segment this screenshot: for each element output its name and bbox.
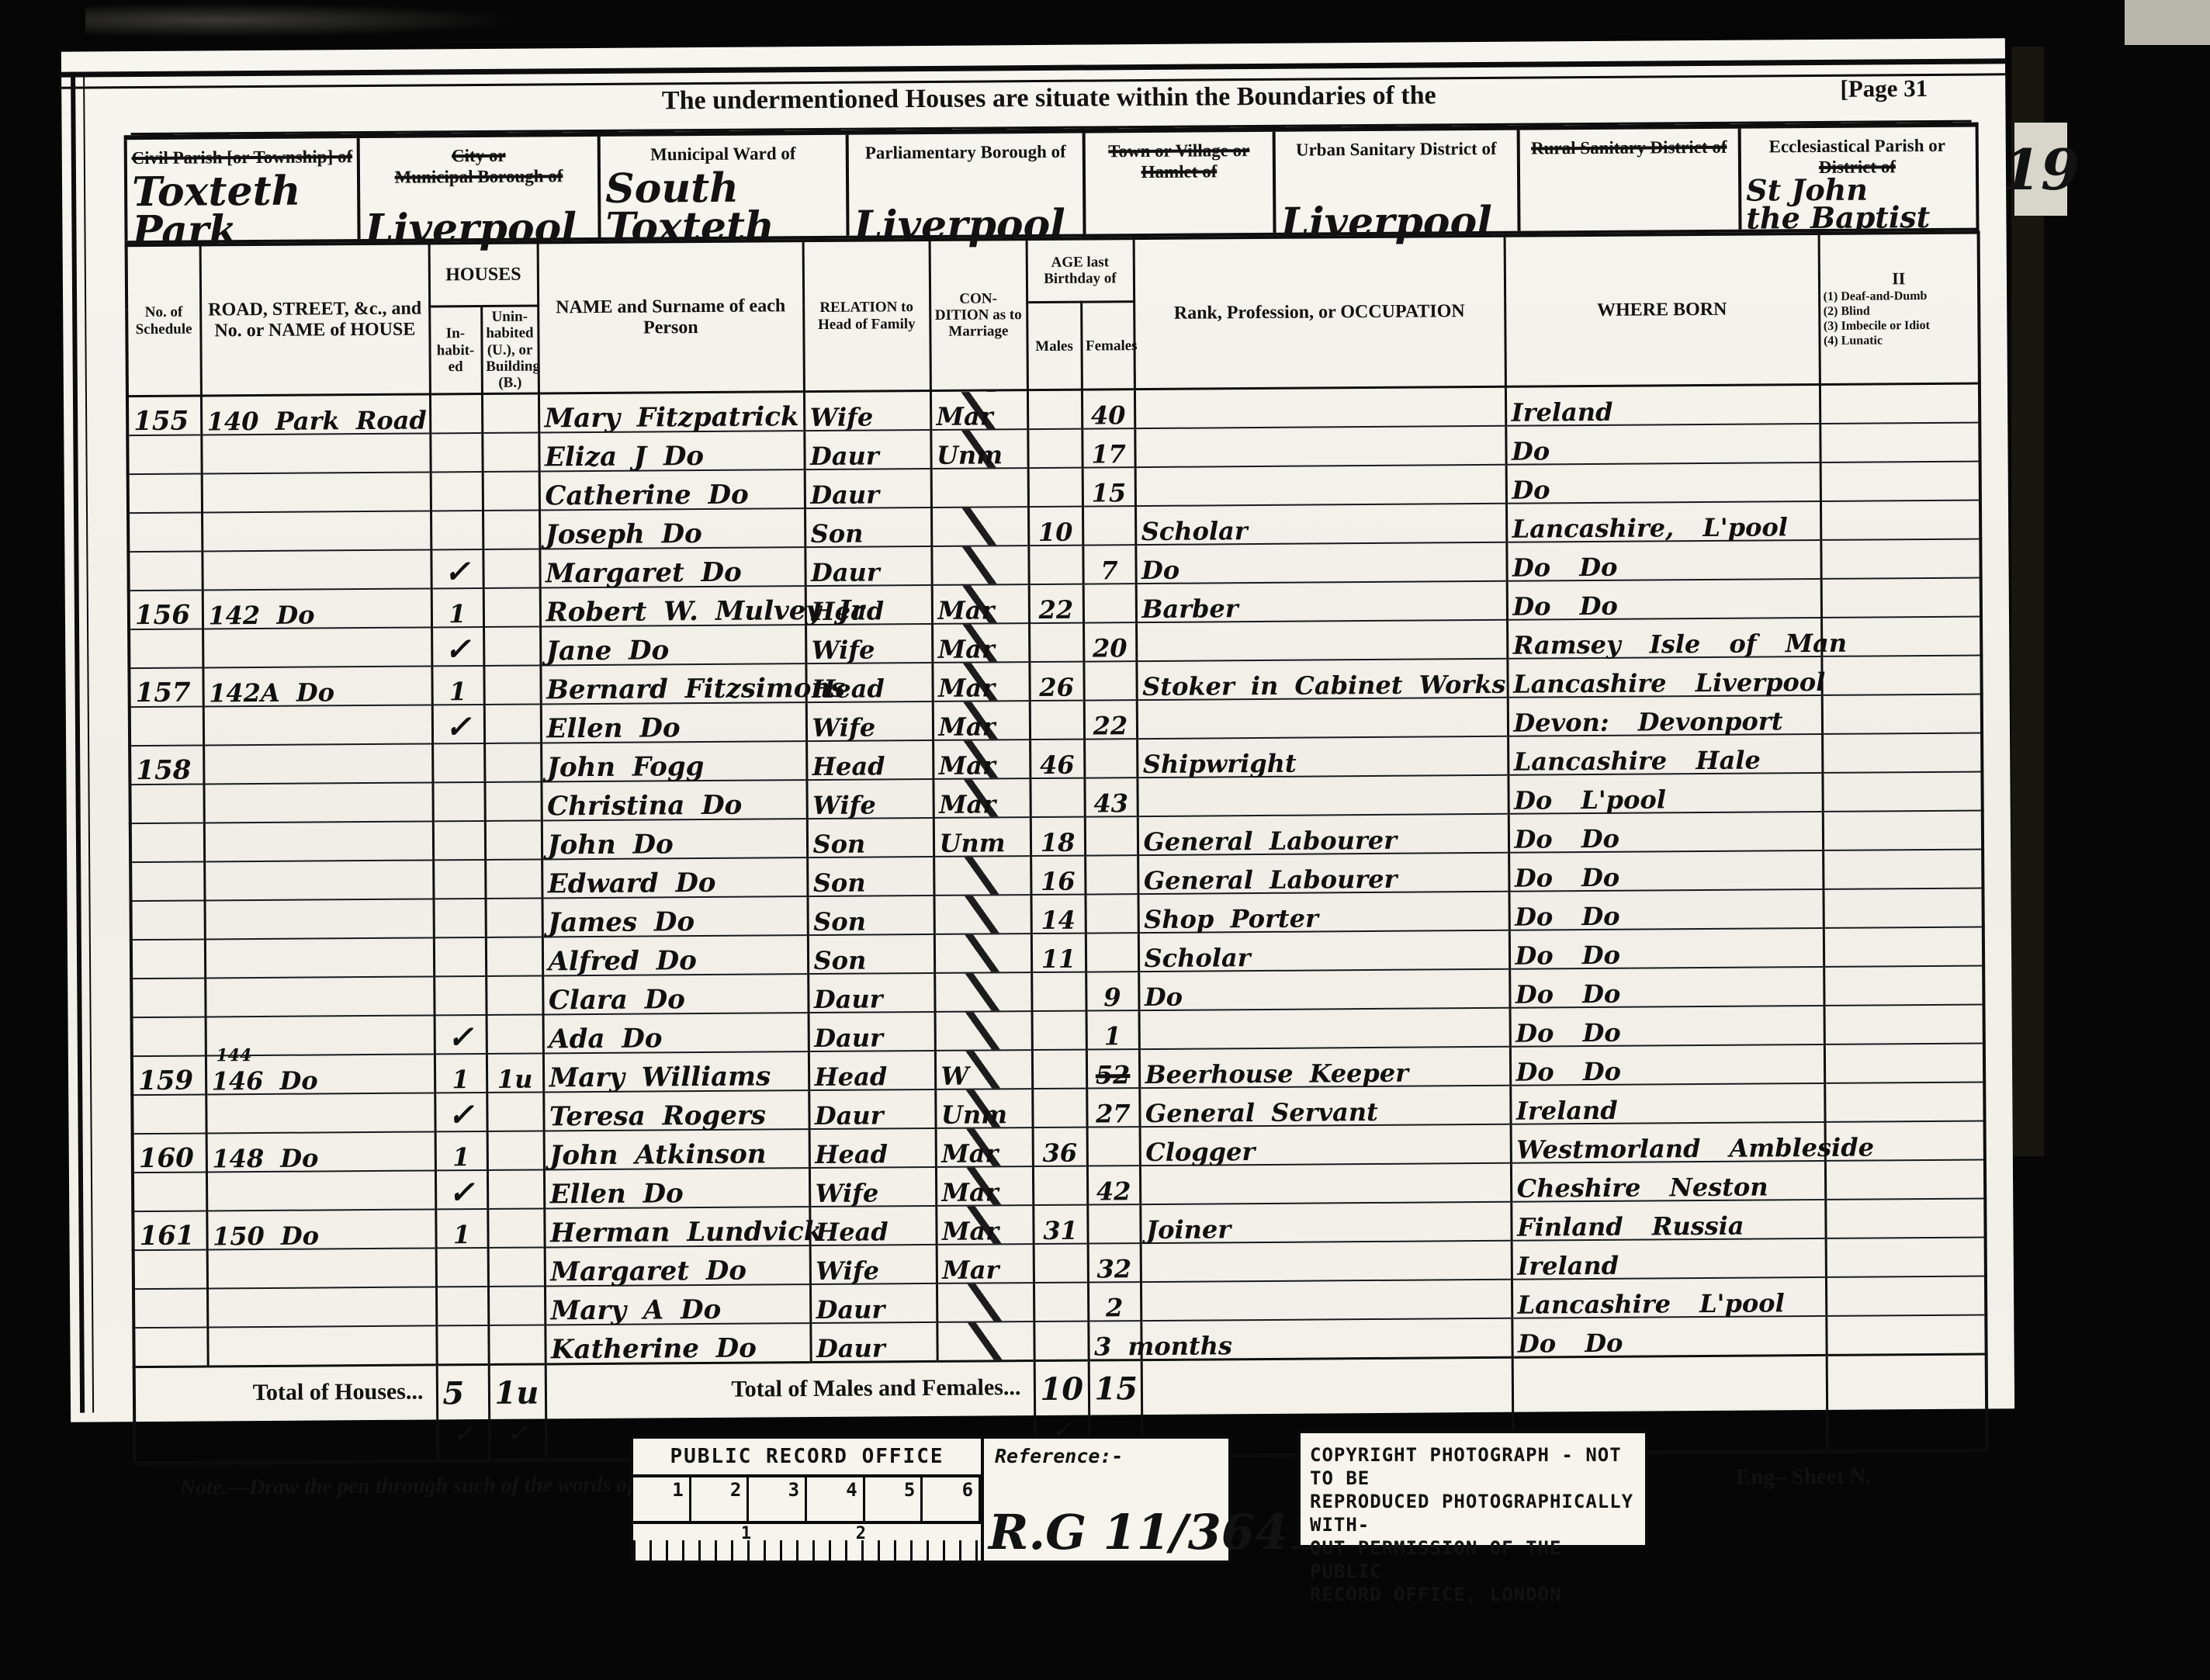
handwritten-entry: Cheshire Neston — [1517, 1173, 1768, 1204]
handwritten-entry: Mar — [942, 1256, 999, 1286]
cell-name: Edward Do — [542, 857, 807, 898]
handwritten-entry: Wife — [812, 713, 875, 743]
cell-house — [201, 434, 430, 474]
cell-name: Alfred Do — [542, 935, 808, 975]
handwritten-entry: 18 — [1041, 828, 1076, 857]
cell-name: Ellen Do — [544, 1168, 809, 1208]
handwritten-entry: Lancashire Liverpool — [1513, 667, 1825, 699]
cell-occupation — [1137, 698, 1508, 739]
cell-relation: Wife — [805, 624, 932, 663]
cell-born: Do Do — [1510, 1044, 1824, 1086]
handwritten-entry: John Fogg — [547, 751, 705, 783]
copyright-line: COPYRIGHT PHOTOGRAPH - NOT TO BE — [1310, 1443, 1636, 1490]
handwritten-entry: Mary Fitzpatrick — [545, 401, 799, 434]
cell-born: Do Do — [1510, 1006, 1824, 1047]
cell-occupation: Joiner — [1140, 1202, 1511, 1243]
cell-condition: Mar — [936, 1166, 1033, 1206]
cell-name: Katherine Do — [545, 1323, 810, 1364]
cell-age_m: 36 — [1033, 1128, 1087, 1166]
cell-born: Ireland — [1510, 1083, 1824, 1124]
cell-uninhabited — [484, 743, 541, 783]
infirmity-line: (3) Imbecile or Idiot — [1824, 318, 1975, 334]
cell-name: John Do — [542, 819, 807, 859]
copyright-line: REPRODUCED PHOTOGRAPHICALLY WITH- — [1310, 1490, 1636, 1536]
cell-age_m: 10 — [1028, 507, 1082, 546]
cell-infirmity — [1821, 617, 1981, 656]
check-mark-icon: ✓ — [448, 1096, 474, 1133]
handwritten-entry: Daur — [814, 985, 883, 1015]
handwritten-entry: 42 — [1096, 1177, 1131, 1207]
handwritten-entry: 17 — [1091, 440, 1126, 469]
cell-age_m — [1034, 1244, 1088, 1283]
cell-inhabited: ✓ — [431, 549, 483, 588]
handwritten-entry: Daur — [815, 1101, 884, 1131]
cell-age_f — [1087, 1204, 1140, 1243]
reference-label: Reference:- — [995, 1445, 1124, 1467]
cell-occupation — [1141, 1241, 1512, 1282]
cell-age_f — [1087, 1127, 1140, 1166]
handwritten-entry: 32 — [1096, 1255, 1131, 1284]
cell-condition — [934, 934, 1031, 973]
handwritten-entry: 9 — [1103, 983, 1121, 1013]
cell-age_f — [1085, 855, 1138, 894]
cell-condition — [937, 1283, 1034, 1322]
district-value-handwritten: Toxteth Park — [132, 171, 358, 250]
cell-age_m: 14 — [1031, 895, 1085, 934]
cell-age_f: 40 — [1082, 390, 1134, 429]
cell-age_f: 32 — [1088, 1243, 1141, 1282]
cell-schedule: 155 — [127, 396, 201, 435]
cell-age_m — [1028, 546, 1082, 584]
cell-inhabited: ✓ — [435, 1093, 487, 1131]
handwritten-entry: Daur — [810, 442, 879, 472]
cell-occupation: Shop Porter — [1138, 892, 1509, 933]
cell-infirmity — [1824, 1082, 1984, 1122]
handwritten-entry: Daur — [814, 1024, 883, 1054]
handwritten-entry: 148 Do — [212, 1144, 318, 1174]
cell-inhabited — [431, 511, 483, 549]
cell-age_m: 16 — [1031, 856, 1085, 895]
handwritten-entry: Catherine Do — [545, 480, 749, 512]
cell-condition — [934, 972, 1031, 1012]
cell-schedule — [129, 629, 203, 669]
cell-age_m: 22 — [1029, 584, 1083, 623]
cell-age_m: 46 — [1030, 740, 1084, 778]
cell-schedule: 156 — [129, 591, 203, 630]
district-band: Civil Parish [or Township] of Toxteth Pa… — [124, 123, 1980, 244]
handwritten-entry: Bernard Fitzsimons — [546, 673, 845, 706]
cell-relation: Head — [809, 1206, 936, 1245]
cell-condition: Mar — [937, 1244, 1034, 1283]
cell-infirmity — [1823, 811, 1983, 850]
cell-condition: Unm — [935, 1089, 1032, 1128]
enumeration-table: No. of Schedule ROAD, STREET, &c., and N… — [125, 231, 1989, 1466]
cell-relation: Head — [809, 1128, 936, 1168]
cell-name: Joseph Do — [539, 508, 805, 549]
cell-relation: Son — [805, 507, 931, 547]
cell-name: Jane Do — [540, 625, 805, 665]
handwritten-entry: Head — [815, 1140, 888, 1170]
handwritten-entry: 1 — [449, 599, 466, 629]
cell-occupation: Scholar — [1135, 504, 1506, 545]
cell-uninhabited: 1u — [487, 1054, 543, 1093]
cell-house: 144146 Do — [206, 1055, 435, 1095]
cell-relation: Wife — [804, 391, 930, 431]
cell-house: 150 Do — [206, 1210, 435, 1250]
cell-born: Finland Russia — [1511, 1200, 1825, 1241]
handwritten-entry: Do — [1512, 437, 1550, 466]
col-header-infirmity: II (1) Deaf-and-Dumb (2) Blind (3) Imbec… — [1819, 233, 1980, 385]
cell-age_m — [1032, 1089, 1086, 1128]
district-value-handwritten: South Toxteth — [605, 168, 847, 247]
handwritten-entry: Mar — [942, 1217, 999, 1247]
cell-age_f: 7 — [1082, 545, 1135, 584]
cell-infirmity — [1820, 462, 1980, 501]
handwritten-entry: 26 — [1039, 673, 1074, 702]
cell-occupation: Shipwright — [1137, 736, 1508, 778]
cell-condition: Mar — [933, 701, 1030, 740]
cell-age_m: 26 — [1029, 662, 1083, 701]
cell-schedule — [130, 785, 203, 824]
cell-uninhabited — [487, 1093, 543, 1132]
handwritten-entry: Do Do — [1518, 1328, 1623, 1359]
check-mark-icon: ✓ — [495, 1418, 540, 1448]
district-municipal-ward: Municipal Ward of South Toxteth — [598, 135, 847, 237]
handwritten-entry: Mar — [938, 635, 995, 665]
pro-reference-area: Reference:- R.G 11/3641 — [984, 1439, 1228, 1560]
handwritten-entry: Finland Russia — [1517, 1211, 1744, 1242]
cell-uninhabited — [483, 627, 540, 667]
cell-inhabited: ✓ — [431, 627, 483, 666]
cell-age_f: 27 — [1086, 1088, 1139, 1127]
cell-condition: Mar — [933, 778, 1030, 818]
ruler-inches: 1 2 3 4 5 6 — [633, 1477, 981, 1524]
table-header: No. of Schedule ROAD, STREET, &c., and N… — [126, 233, 1980, 397]
cell-relation: Daur — [805, 469, 931, 508]
cell-relation: Head — [806, 740, 933, 780]
handwritten-entry: Lancashire, L'pool — [1512, 513, 1788, 544]
pro-office-title: PUBLIC RECORD OFFICE — [633, 1439, 981, 1477]
cell-uninhabited — [483, 588, 540, 628]
census-form: Civil Parish [or Township] of Toxteth Pa… — [124, 123, 1988, 1502]
cell-house — [205, 977, 434, 1017]
district-urban-sanitary: Urban Sanitary District of Liverpool — [1273, 130, 1518, 233]
cell-name: James Do — [542, 896, 807, 937]
ruler-tick-marks — [633, 1540, 981, 1560]
cell-occupation — [1139, 1008, 1510, 1049]
pro-stamp: PUBLIC RECORD OFFICE 1 2 3 4 5 6 1 2 Ref… — [630, 1436, 1231, 1564]
cell-house: 142A Do — [203, 667, 431, 707]
handwritten-entry: 20 — [1093, 634, 1128, 663]
cell-occupation: Do — [1135, 542, 1506, 584]
cell-schedule — [130, 862, 204, 902]
cell-inhabited — [434, 899, 486, 937]
handwritten-entry: General Labourer — [1143, 826, 1397, 857]
cell-age_m — [1030, 701, 1084, 740]
page-number: [Page 31 — [1840, 74, 1928, 103]
cell-occupation — [1141, 1280, 1512, 1321]
table-body: 155140 Park RoadMary FitzpatrickWifeMar4… — [127, 383, 1987, 1367]
cell-infirmity — [1826, 1276, 1986, 1316]
handwritten-entry: Ellen Do — [546, 713, 680, 745]
cell-schedule: 159 — [132, 1056, 206, 1096]
handwritten-entry: Do Do — [1515, 1057, 1621, 1087]
ruler-inch-label: 5 — [865, 1477, 923, 1521]
cell-occupation: General Labourer — [1138, 853, 1509, 894]
cell-infirmity — [1823, 888, 1983, 928]
district-value-handwritten: Liverpool — [854, 205, 1065, 244]
cell-age_m — [1027, 390, 1082, 429]
cell-infirmity — [1821, 578, 1981, 618]
handwritten-entry: John Do — [547, 830, 673, 861]
handwritten-entry: Head — [812, 674, 885, 705]
handwritten-entry: Do Do — [1515, 940, 1620, 971]
cell-condition: Unm — [934, 817, 1031, 857]
total-houses-uninhabited: 1u ✓ — [489, 1364, 546, 1461]
cell-relation: Wife — [806, 701, 933, 741]
cell-name: Ada Do — [543, 1013, 809, 1053]
cell-uninhabited — [482, 433, 539, 473]
handwritten-entry: Ireland — [1512, 397, 1613, 428]
cell-relation: Son — [807, 857, 934, 896]
cell-occupation: Do — [1138, 969, 1509, 1010]
handwritten-entry: Mar — [938, 674, 995, 704]
handwritten-entry: 7 — [1100, 556, 1118, 586]
cell-name: Mary Williams — [543, 1051, 809, 1092]
cell-age_f: 9 — [1086, 972, 1138, 1010]
cell-schedule — [131, 940, 205, 979]
handwritten-entry: Unm — [941, 1100, 1007, 1131]
handwritten-entry: Lancashire L'pool — [1518, 1289, 1785, 1320]
handwritten-entry: 1 — [1104, 1022, 1122, 1051]
handwritten-entry: Scholar — [1141, 516, 1248, 546]
handwritten-entry: 142 Do — [208, 601, 314, 631]
handwritten-entry: 40 — [1091, 401, 1126, 431]
cell-condition — [935, 1011, 1032, 1051]
handwritten-entry: 43 — [1093, 789, 1128, 819]
cell-age_f: 3 months — [1088, 1321, 1141, 1360]
cell-infirmity — [1826, 1238, 1986, 1277]
cell-house — [204, 822, 433, 862]
handwritten-entry: Joiner — [1146, 1215, 1231, 1245]
cell-born: Do Do — [1509, 928, 1824, 969]
cell-house — [203, 628, 431, 668]
cell-schedule — [130, 823, 204, 863]
handwritten-entry: 52 — [1096, 1061, 1131, 1090]
cell-occupation — [1135, 465, 1506, 506]
cell-inhabited: ✓ — [432, 705, 484, 743]
cell-relation: Head — [809, 1051, 935, 1090]
cell-house: 142 Do — [203, 589, 431, 629]
handwritten-entry: Mar — [939, 751, 996, 781]
cell-age_m: 11 — [1031, 934, 1086, 972]
cell-house — [202, 550, 431, 591]
handwritten-entry: Head — [814, 1062, 887, 1093]
handwritten-entry: Joseph Do — [546, 518, 702, 550]
handwritten-entry: 1 — [452, 1142, 470, 1172]
col-header-males: Males — [1027, 302, 1082, 390]
handwritten-entry: Daur — [811, 558, 880, 588]
handwritten-entry: Lancashire Hale — [1514, 746, 1761, 777]
handwritten-entry: Do Do — [1515, 979, 1621, 1010]
cell-condition: Mar — [936, 1205, 1033, 1245]
handwritten-entry: Do — [1512, 476, 1550, 505]
cell-occupation — [1134, 387, 1505, 429]
cell-name: Clara Do — [542, 974, 808, 1014]
handwritten-entry: Daur — [816, 1334, 885, 1364]
cell-infirmity — [1820, 501, 1980, 540]
handwritten-entry: Wife — [816, 1256, 879, 1287]
handwritten-entry: Unm — [937, 441, 1003, 471]
cell-schedule — [133, 1250, 207, 1290]
handwritten-entry: Do Do — [1515, 1018, 1621, 1048]
cell-uninhabited — [485, 821, 542, 861]
cell-born: Do Do — [1509, 850, 1823, 892]
cell-condition: Mar — [932, 584, 1029, 624]
cell-name: Teresa Rogers — [543, 1090, 809, 1131]
handwritten-entry: General Labourer — [1144, 864, 1398, 895]
check-mark-icon: ✓ — [443, 1418, 483, 1448]
handwritten-entry: Wife — [812, 791, 876, 821]
cell-schedule — [133, 1173, 206, 1212]
handwritten-entry: Alfred Do — [548, 945, 697, 977]
handwritten-entry: Do Do — [1515, 902, 1620, 932]
cell-age_f — [1084, 739, 1137, 778]
handwritten-entry: Daur — [816, 1295, 885, 1325]
cell-house — [202, 511, 431, 552]
cell-age_m — [1032, 1011, 1086, 1050]
handwritten-entry: Stoker in Cabinet Works — [1142, 670, 1506, 701]
cell-occupation: Stoker in Cabinet Works — [1136, 659, 1507, 700]
handwritten-entry: Barber — [1141, 594, 1238, 625]
cell-born: Do Do — [1509, 967, 1824, 1008]
cell-inhabited: 1 — [431, 666, 483, 705]
handwritten-entry: Beerhouse Keeper — [1145, 1058, 1408, 1089]
cell-inhabited — [433, 860, 485, 899]
cell-inhabited — [434, 976, 486, 1015]
col-header-relation: RELATION to Head of Family — [803, 240, 930, 392]
cell-uninhabited — [486, 976, 542, 1016]
cell-house — [203, 783, 432, 823]
handwritten-entry: 31 — [1043, 1216, 1078, 1245]
handwritten-entry: Mar — [938, 712, 995, 743]
handwritten-entry: 142A Do — [209, 678, 334, 708]
cell-schedule: 160 — [133, 1134, 206, 1173]
census-sheet: The undermentioned Houses are situate wi… — [61, 38, 2014, 1422]
cell-inhabited — [432, 782, 484, 821]
handwritten-entry: 140 Park Road — [207, 406, 427, 437]
cell-name: Herman Lundvick — [544, 1207, 809, 1247]
cell-inhabited — [436, 1287, 488, 1325]
cell-condition — [931, 546, 1028, 585]
check-mark-icon: ✓ — [445, 631, 471, 667]
handwritten-entry: 150 Do — [213, 1221, 319, 1252]
cell-infirmity — [1822, 695, 1982, 734]
handwritten-entry: Shop Porter — [1144, 904, 1318, 935]
cell-born: Do — [1505, 424, 1820, 465]
cell-house — [204, 861, 433, 901]
ruler-inch-label: 2 — [691, 1477, 750, 1521]
handwritten-entry: Clara Do — [549, 985, 685, 1017]
cell-name: Margaret Do — [539, 547, 805, 587]
cell-age_f: 20 — [1083, 622, 1136, 661]
scan-artifact-smudge — [85, 3, 520, 37]
cell-age_m — [1034, 1321, 1088, 1361]
cell-age_f: 43 — [1084, 778, 1137, 816]
cell-name: Margaret Do — [545, 1245, 810, 1286]
handwritten-entry: Head — [812, 752, 885, 782]
handwritten-entry: Do — [1141, 556, 1179, 585]
check-mark-icon: ✓ — [445, 708, 472, 745]
cell-name: Mary A Do — [545, 1284, 810, 1325]
cell-born: Do L'pool — [1508, 773, 1822, 814]
cell-condition — [934, 895, 1031, 934]
cell-inhabited: 1 — [435, 1054, 487, 1093]
cell-born: Do Do — [1507, 579, 1821, 620]
cell-house — [205, 938, 434, 979]
cell-born: Do Do — [1509, 812, 1823, 853]
cell-infirmity — [1823, 850, 1983, 889]
cell-relation: Head — [805, 585, 932, 625]
cell-name: Christina Do — [541, 780, 806, 820]
handwritten-entry: Wife — [816, 1179, 879, 1209]
cell-relation: Wife — [810, 1245, 937, 1284]
cell-age_f: 17 — [1082, 428, 1134, 467]
cell-age_m — [1031, 972, 1086, 1011]
handwritten-entry: 11 — [1041, 944, 1076, 974]
cell-age_f — [1083, 584, 1136, 622]
cell-schedule: 161 — [133, 1211, 206, 1251]
cell-age_f — [1083, 661, 1136, 700]
census-scan-page: { "page": { "top_note": "The undermentio… — [0, 0, 2210, 1680]
cell-condition — [934, 856, 1031, 895]
district-parliamentary-borough: Parliamentary Borough of Liverpool — [846, 133, 1083, 236]
cell-inhabited — [436, 1248, 488, 1287]
cell-inhabited: 1 — [435, 1131, 487, 1170]
cell-inhabited — [436, 1325, 488, 1365]
sheet-reference: Eng– Sheet N. — [1736, 1464, 1872, 1491]
cell-age_m — [1032, 1050, 1086, 1089]
handwritten-entry: Shipwright — [1143, 749, 1297, 779]
ruler-inch-label: 3 — [749, 1477, 807, 1521]
cell-age_f: 15 — [1082, 467, 1135, 506]
handwritten-entry: Do Do — [1512, 591, 1618, 622]
cell-schedule — [132, 1095, 206, 1134]
margin-folio-note: 19 — [2014, 123, 2067, 216]
cell-age_m: 31 — [1033, 1205, 1087, 1244]
handwritten-entry: Mar — [939, 790, 996, 820]
col-header-occupation: Rank, Profession, or OCCUPATION — [1134, 236, 1505, 390]
cell-inhabited — [431, 472, 483, 511]
cell-schedule — [131, 979, 205, 1018]
handwritten-entry: Mar — [941, 1139, 998, 1169]
cell-uninhabited — [484, 782, 541, 822]
cell-schedule — [133, 1328, 207, 1367]
cell-inhabited — [430, 433, 482, 472]
cell-age_f — [1085, 894, 1138, 933]
house-number-correction: 144 — [216, 1047, 251, 1064]
handwritten-entry: 36 — [1042, 1138, 1077, 1168]
cell-born: Lancashire Hale — [1508, 734, 1822, 775]
cell-age_f — [1085, 816, 1138, 855]
cell-infirmity — [1824, 1005, 1984, 1044]
cell-name: Robert W. Mulvey Jr — [540, 586, 805, 626]
cell-born: Do Do — [1509, 889, 1823, 930]
cell-name: Bernard Fitzsimons — [540, 663, 805, 704]
cell-condition: Mar — [933, 740, 1030, 779]
cell-relation: Daur — [809, 1012, 935, 1051]
district-municipal-borough: City or Municipal Borough of Liverpool — [357, 137, 598, 239]
